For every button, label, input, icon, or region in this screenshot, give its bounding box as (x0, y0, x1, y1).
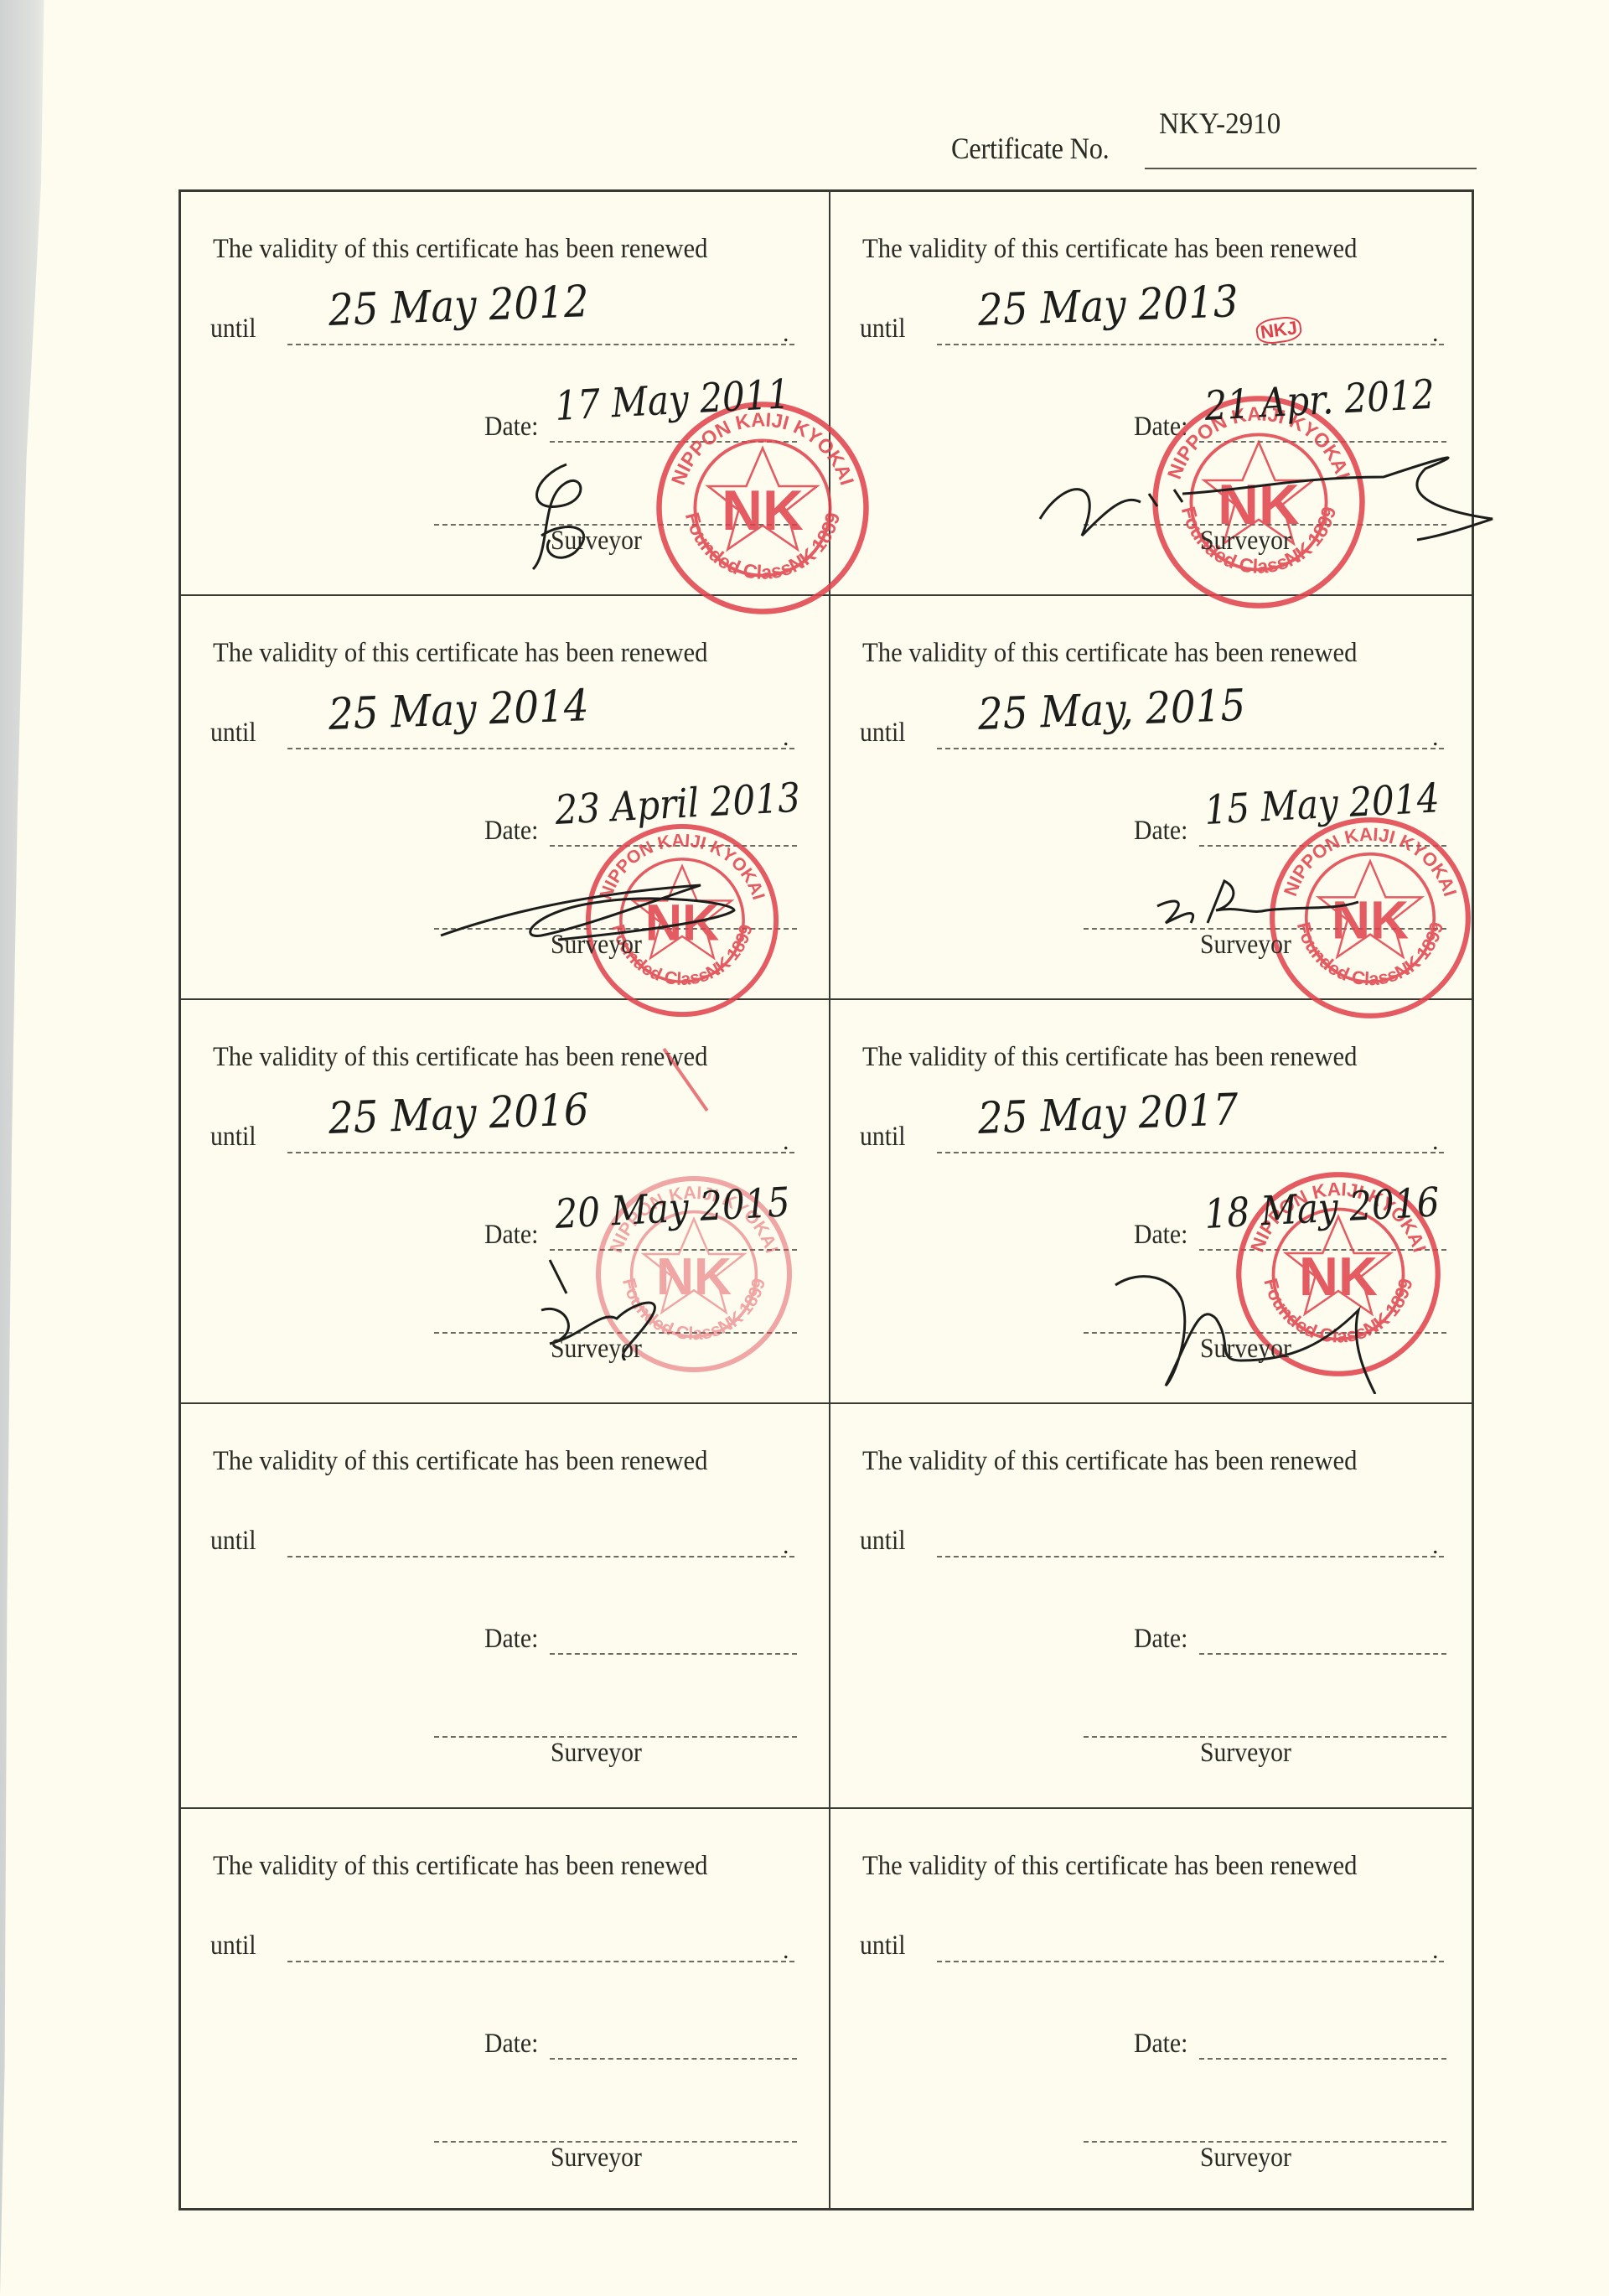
surveyor-label: Surveyor (1200, 1334, 1291, 1365)
certificate-number-underline (1145, 168, 1477, 169)
classnk-seal-icon: NK NIPPON KAIJI KYOKAI Founded ClassNK 1… (1267, 815, 1473, 1021)
until-label: until (210, 1526, 256, 1557)
surveyor-label: Surveyor (551, 2143, 642, 2174)
surveyor-label: Surveyor (551, 930, 642, 961)
renewal-heading: The validity of this certificate has bee… (862, 1446, 1358, 1477)
classnk-seal-icon: NK NIPPON KAIJI KYOKAI Founded ClassNK 1… (654, 399, 872, 617)
svg-text:NK: NK (1299, 1246, 1378, 1307)
surveyor-label: Surveyor (1200, 2143, 1291, 2174)
until-field-line[interactable] (287, 1556, 794, 1557)
until-label: until (210, 1931, 256, 1962)
until-handwritten-value: 25 May 2014 (328, 681, 590, 740)
until-label: until (210, 1122, 256, 1153)
until-label: until (860, 1122, 905, 1153)
renewal-heading: The validity of this certificate has bee… (213, 1851, 708, 1882)
certificate-number-label: Certificate No. (951, 131, 1109, 166)
renewal-heading: The validity of this certificate has bee… (213, 1042, 708, 1073)
date-label: Date: (1134, 1624, 1187, 1655)
until-field-line (287, 1152, 794, 1153)
until-handwritten-value: 25 May 2012 (328, 277, 590, 336)
until-field-line (937, 1152, 1444, 1153)
surveyor-label: Surveyor (1200, 1738, 1291, 1769)
renewal-heading: The validity of this certificate has bee… (862, 1042, 1358, 1073)
until-field-line (937, 344, 1444, 345)
until-handwritten-value: 25 May, 2015 (977, 681, 1246, 740)
surveyor-label: Surveyor (1200, 526, 1291, 557)
renewal-heading: The validity of this certificate has bee… (213, 1446, 708, 1477)
endorsement-cell-4-right: The validity of this certificate has bee… (830, 1404, 1476, 1808)
until-label: until (210, 314, 256, 345)
until-terminator: . (1432, 1532, 1439, 1560)
until-handwritten-value: 25 May 2013 (977, 277, 1239, 336)
until-terminator: . (1432, 723, 1439, 752)
until-terminator: . (1432, 319, 1439, 348)
until-label: until (860, 1931, 905, 1962)
date-label: Date: (484, 816, 538, 847)
until-field-line (937, 748, 1444, 749)
surveyor-label: Surveyor (551, 1334, 642, 1365)
until-handwritten-value: 25 May 2016 (328, 1085, 590, 1144)
svg-text:NK: NK (1332, 890, 1409, 951)
svg-text:NK: NK (722, 479, 804, 542)
date-handwritten-value: 21 Apr. 2012 (1203, 371, 1436, 430)
certificate-number-value: NKY-2910 (1159, 106, 1280, 141)
renewal-heading: The validity of this certificate has bee… (213, 638, 708, 669)
date-field-line[interactable] (1199, 2058, 1446, 2060)
certificate-number: Certificate No. NKY-2910 (951, 126, 1479, 176)
until-label: until (210, 718, 256, 749)
date-field-line[interactable] (1199, 1653, 1446, 1655)
until-terminator: . (783, 723, 789, 752)
classnk-seal-icon: NK NIPPON KAIJI KYOKAI Founded ClassNK 1… (583, 821, 781, 1019)
svg-text:NK: NK (656, 1248, 732, 1306)
until-terminator: . (783, 1936, 789, 1965)
svg-text:NK: NK (645, 894, 720, 952)
surveyor-label: Surveyor (551, 1738, 642, 1769)
date-label: Date: (1134, 1220, 1187, 1251)
date-field-line[interactable] (550, 2058, 797, 2060)
date-label: Date: (484, 412, 538, 443)
date-label: Date: (484, 1624, 538, 1655)
endorsement-cell-5-left: The validity of this certificate has bee… (181, 1809, 826, 2213)
renewal-heading: The validity of this certificate has bee… (862, 234, 1358, 265)
renewal-heading: The validity of this certificate has bee… (862, 1851, 1358, 1882)
renewal-heading: The validity of this certificate has bee… (862, 638, 1358, 669)
classnk-stamp: NK NIPPON KAIJI KYOKAI Founded ClassNK 1… (583, 821, 781, 1019)
until-field-line[interactable] (937, 1961, 1444, 1962)
until-field-line (287, 748, 794, 749)
until-terminator: . (783, 319, 789, 348)
endorsement-cell-4-left: The validity of this certificate has bee… (181, 1404, 826, 1808)
correction-initial-stamp: NKJ (1255, 314, 1303, 345)
until-handwritten-value: 25 May 2017 (977, 1085, 1239, 1144)
date-label: Date: (1134, 816, 1187, 847)
renewal-heading: The validity of this certificate has bee… (213, 234, 708, 265)
until-label: until (860, 314, 905, 345)
surveyor-signature (516, 460, 608, 578)
date-field-line[interactable] (550, 1653, 797, 1655)
until-field-line[interactable] (937, 1556, 1444, 1557)
surveyor-label: Surveyor (551, 526, 642, 557)
date-label: Date: (484, 2029, 538, 2060)
endorsement-cell-5-right: The validity of this certificate has bee… (830, 1809, 1476, 2213)
until-field-line (287, 344, 794, 345)
scan-edge-shadow (0, 0, 59, 2296)
until-terminator: . (1432, 1127, 1439, 1156)
endorsement-grid: The validity of this certificate has bee… (178, 189, 1474, 2210)
date-label: Date: (1134, 2029, 1187, 2060)
classnk-stamp: NK NIPPON KAIJI KYOKAI Founded ClassNK 1… (1267, 815, 1473, 1021)
surveyor-label: Surveyor (1200, 930, 1291, 961)
until-label: until (860, 1526, 905, 1557)
until-terminator: . (783, 1532, 789, 1560)
until-field-line[interactable] (287, 1961, 794, 1962)
until-terminator: . (783, 1127, 789, 1156)
until-label: until (860, 718, 905, 749)
date-label: Date: (484, 1220, 538, 1251)
until-terminator: . (1432, 1936, 1439, 1965)
classnk-stamp: NK NIPPON KAIJI KYOKAI Founded ClassNK 1… (654, 399, 872, 617)
